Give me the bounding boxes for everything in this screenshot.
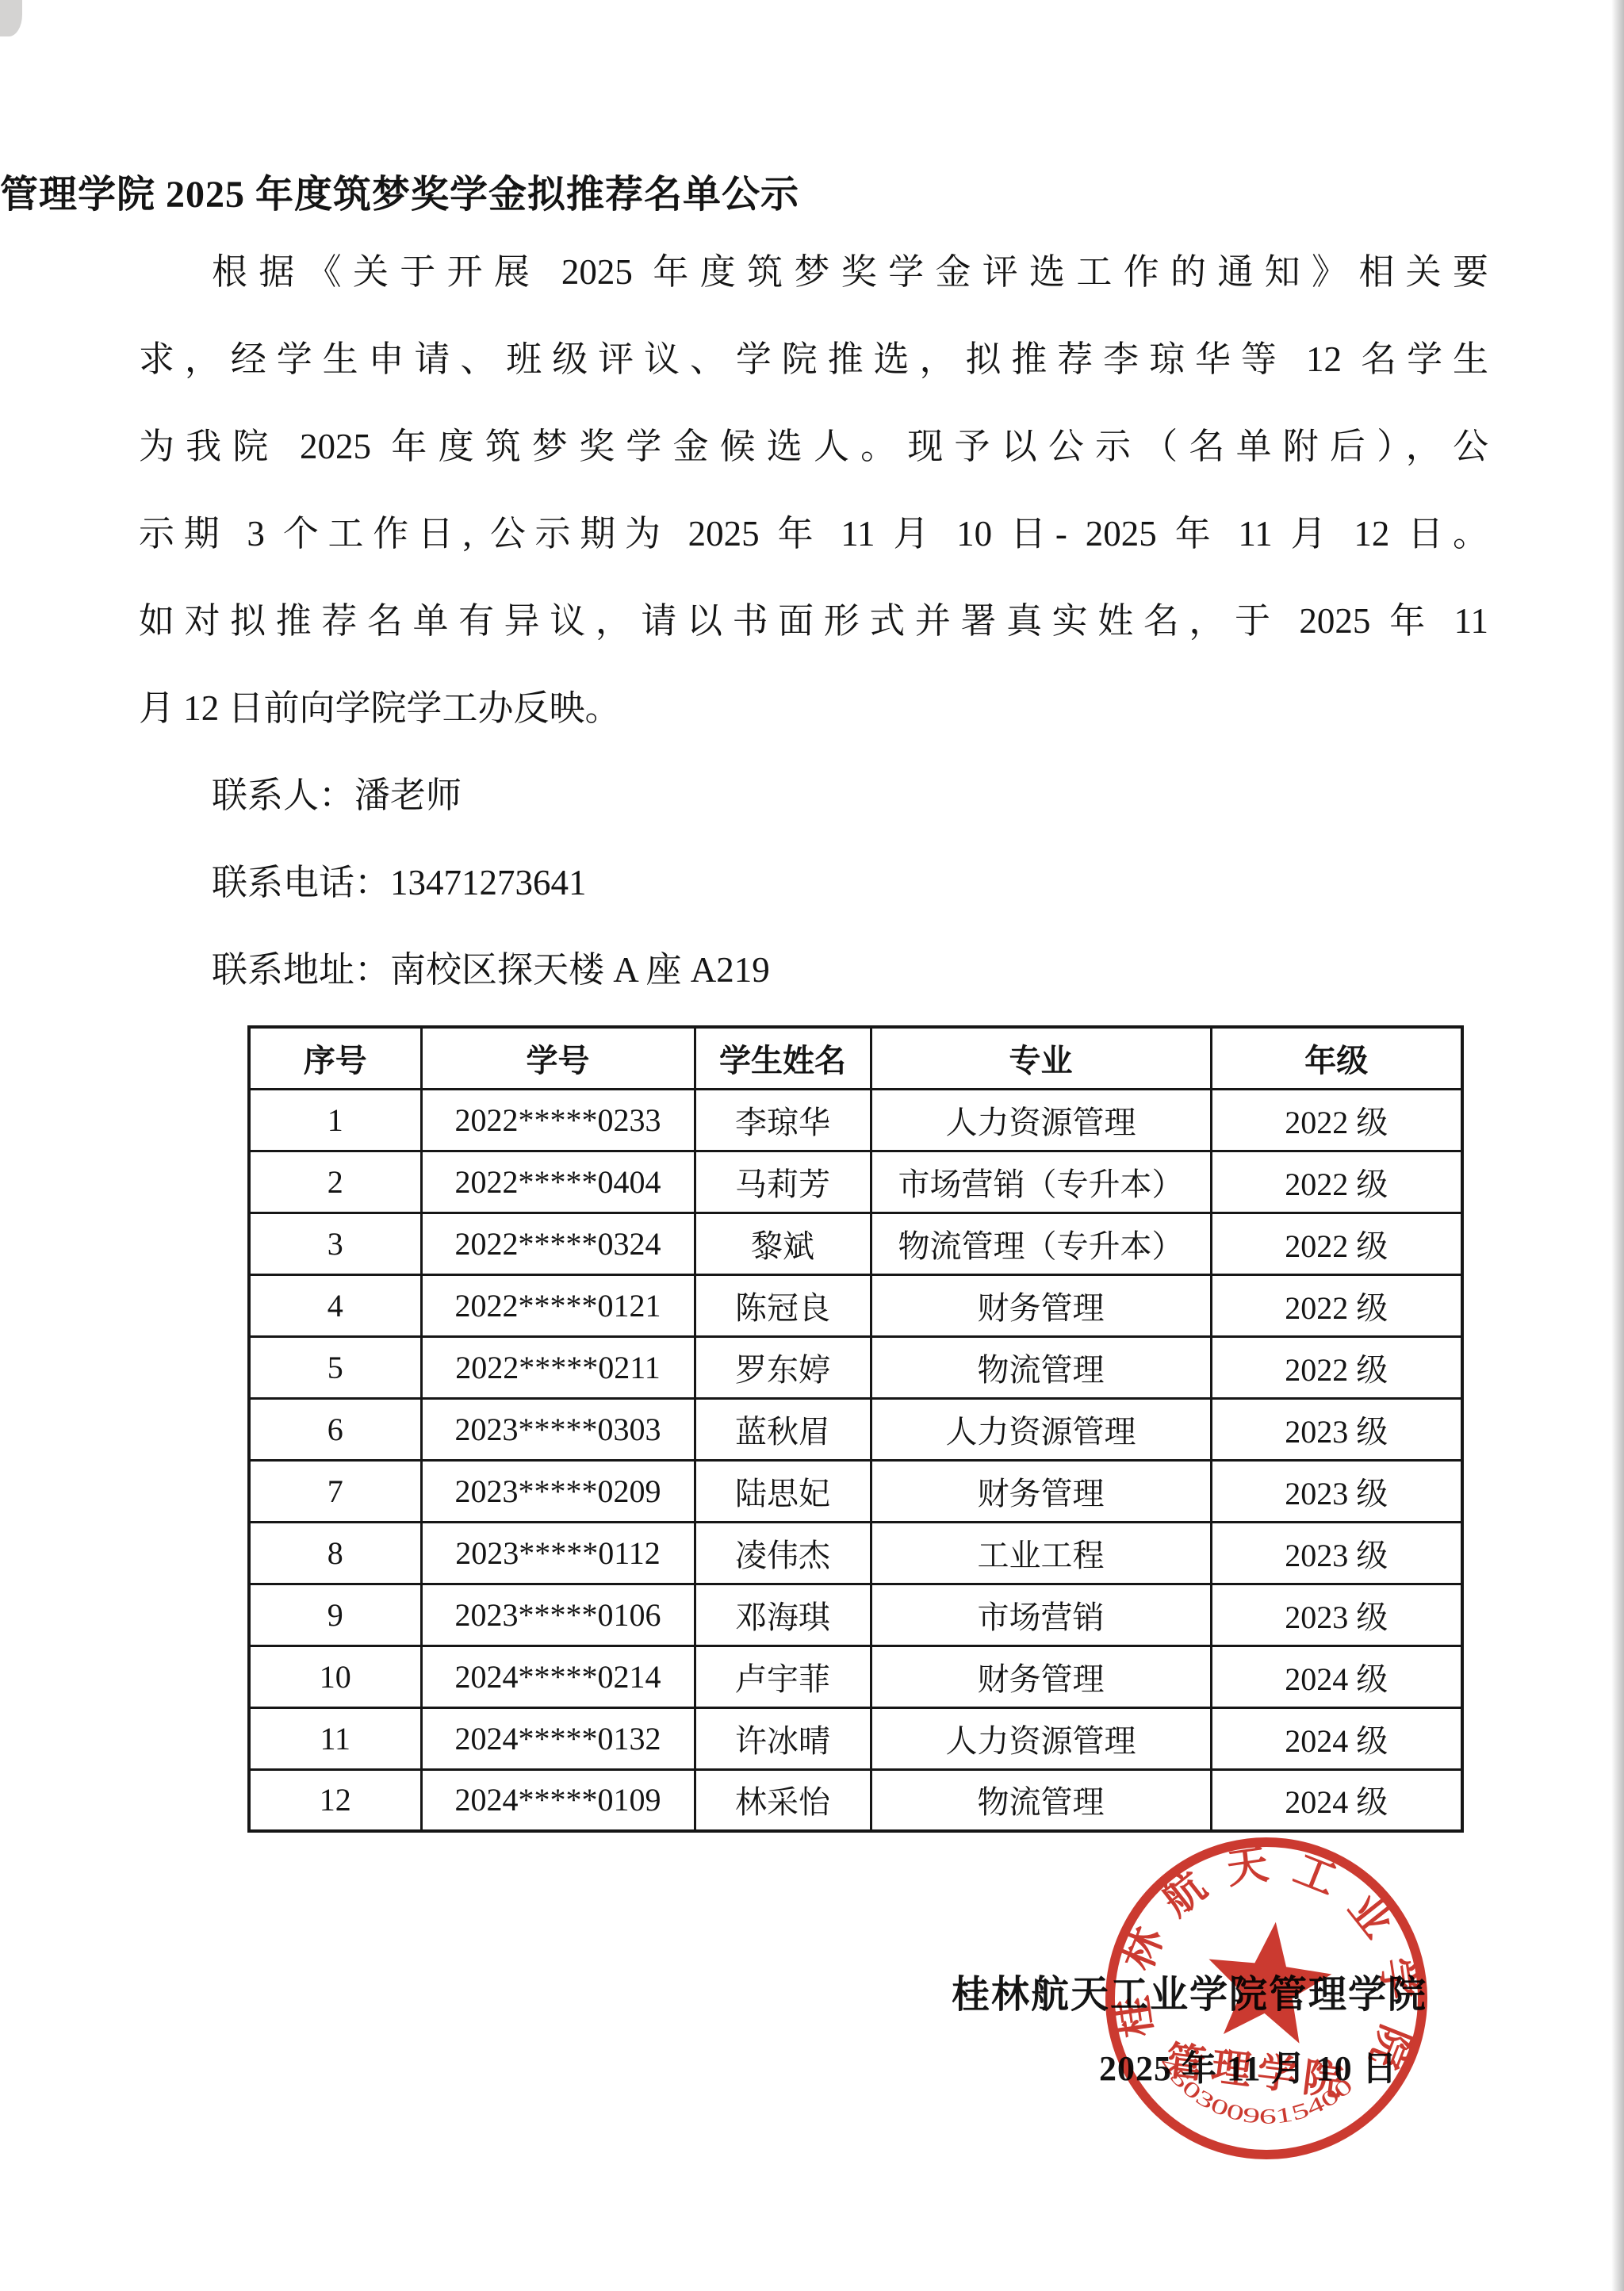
student-id-cell: 2023*****0106 <box>421 1584 695 1645</box>
student-name-cell: 李琼华 <box>695 1089 871 1151</box>
students-table: 序号 学号 学生姓名 专业 年级 1 2022*****0233 李琼华 人力资… <box>247 1025 1464 1833</box>
body-line: 求，经学生申请、班级评议、学院推选，拟推荐李琼华等 12 名学生 <box>139 316 1488 403</box>
index-cell: 9 <box>249 1584 421 1645</box>
index-cell: 6 <box>249 1398 421 1460</box>
student-name-cell: 邓海琪 <box>695 1584 871 1645</box>
grade-cell: 2024 级 <box>1211 1707 1462 1769</box>
grade-cell: 2023 级 <box>1211 1398 1462 1460</box>
grade-cell: 2023 级 <box>1211 1584 1462 1645</box>
scan-edge-shadow <box>1611 0 1624 2291</box>
body-line: 根据《关于开展 2025 年度筑梦奖学金评选工作的通知》相关要 <box>139 228 1488 316</box>
table-row: 4 2022*****0121 陈冠良 财务管理 2022 级 <box>249 1274 1462 1336</box>
student-name-cell: 陆思妃 <box>695 1460 871 1522</box>
student-id-cell: 2022*****0121 <box>421 1274 695 1336</box>
major-cell: 市场营销 <box>871 1584 1211 1645</box>
body-line: 如对拟推荐名单有异议，请以书面形式并署真实姓名，于 2025 年 11 <box>139 577 1488 665</box>
major-cell: 财务管理 <box>871 1460 1211 1522</box>
major-cell: 市场营销（专升本） <box>871 1151 1211 1213</box>
student-id-cell: 2023*****0303 <box>421 1398 695 1460</box>
student-id-cell: 2022*****0233 <box>421 1089 695 1151</box>
student-name-cell: 马莉芳 <box>695 1151 871 1213</box>
major-cell: 物流管理 <box>871 1336 1211 1398</box>
student-id-cell: 2022*****0404 <box>421 1151 695 1213</box>
grade-cell: 2022 级 <box>1211 1151 1462 1213</box>
grade-cell: 2022 级 <box>1211 1336 1462 1398</box>
major-cell: 财务管理 <box>871 1645 1211 1707</box>
student-id-cell: 2024*****0132 <box>421 1707 695 1769</box>
major-cell: 人力资源管理 <box>871 1707 1211 1769</box>
index-cell: 1 <box>249 1089 421 1151</box>
grade-cell: 2023 级 <box>1211 1522 1462 1584</box>
table-row: 8 2023*****0112 凌伟杰 工业工程 2023 级 <box>249 1522 1462 1584</box>
student-name-cell: 许冰晴 <box>695 1707 871 1769</box>
index-cell: 2 <box>249 1151 421 1213</box>
grade-cell: 2024 级 <box>1211 1769 1462 1831</box>
index-cell: 7 <box>249 1460 421 1522</box>
student-table-body: 1 2022*****0233 李琼华 人力资源管理 2022 级 2 2022… <box>249 1089 1462 1831</box>
grade-cell: 2022 级 <box>1211 1213 1462 1274</box>
table-row: 9 2023*****0106 邓海琪 市场营销 2023 级 <box>249 1584 1462 1645</box>
contact-phone-line: 联系电话：13471273641 <box>139 839 1488 926</box>
student-name-cell: 罗东婷 <box>695 1336 871 1398</box>
table-row: 5 2022*****0211 罗东婷 物流管理 2022 级 <box>249 1336 1462 1398</box>
index-cell: 11 <box>249 1707 421 1769</box>
index-cell: 10 <box>249 1645 421 1707</box>
scan-corner-mark <box>0 0 22 36</box>
student-name-cell: 蓝秋眉 <box>695 1398 871 1460</box>
index-cell: 12 <box>249 1769 421 1831</box>
grade-cell: 2023 级 <box>1211 1460 1462 1522</box>
body-line: 为我院 2025 年度筑梦奖学金候选人。现予以公示（名单附后），公 <box>139 403 1488 490</box>
table-header-cell: 年级 <box>1211 1027 1462 1089</box>
index-cell: 4 <box>249 1274 421 1336</box>
seal-star-icon <box>1200 1914 1337 2046</box>
contact-address-line: 联系地址：南校区探天楼 A 座 A219 <box>139 926 1488 1013</box>
index-cell: 3 <box>249 1213 421 1274</box>
body-paragraph: 根据《关于开展 2025 年度筑梦奖学金评选工作的通知》相关要 求，经学生申请、… <box>139 228 1488 1013</box>
student-id-cell: 2024*****0109 <box>421 1769 695 1831</box>
table-header-cell: 专业 <box>871 1027 1211 1089</box>
major-cell: 工业工程 <box>871 1522 1211 1584</box>
official-seal: 桂林航天工业学院 管理学院 4503009615400 <box>1092 1824 1441 2173</box>
page-title: 管理学院 2025 年度筑梦奖学金拟推荐名单公示 <box>0 163 799 218</box>
table-row: 6 2023*****0303 蓝秋眉 人力资源管理 2023 级 <box>249 1398 1462 1460</box>
major-cell: 财务管理 <box>871 1274 1211 1336</box>
body-line: 月 12 日前向学院学工办反映。 <box>139 665 1488 752</box>
student-name-cell: 卢宇菲 <box>695 1645 871 1707</box>
student-id-cell: 2023*****0209 <box>421 1460 695 1522</box>
student-name-cell: 林采怡 <box>695 1769 871 1831</box>
index-cell: 5 <box>249 1336 421 1398</box>
student-id-cell: 2022*****0324 <box>421 1213 695 1274</box>
index-cell: 8 <box>249 1522 421 1584</box>
body-line: 示期 3 个工作日, 公示期为 2025 年 11 月 10 日- 2025 年… <box>139 490 1488 577</box>
contact-person-line: 联系人：潘老师 <box>139 752 1488 839</box>
major-cell: 人力资源管理 <box>871 1089 1211 1151</box>
table-row: 7 2023*****0209 陆思妃 财务管理 2023 级 <box>249 1460 1462 1522</box>
table-header-cell: 序号 <box>249 1027 421 1089</box>
table-row: 1 2022*****0233 李琼华 人力资源管理 2022 级 <box>249 1089 1462 1151</box>
student-name-cell: 凌伟杰 <box>695 1522 871 1584</box>
major-cell: 物流管理 <box>871 1769 1211 1831</box>
table-row: 3 2022*****0324 黎斌 物流管理（专升本） 2022 级 <box>249 1213 1462 1274</box>
grade-cell: 2022 级 <box>1211 1089 1462 1151</box>
student-id-cell: 2022*****0211 <box>421 1336 695 1398</box>
student-id-cell: 2023*****0112 <box>421 1522 695 1584</box>
table-row: 12 2024*****0109 林采怡 物流管理 2024 级 <box>249 1769 1462 1831</box>
table-header-cell: 学生姓名 <box>695 1027 871 1089</box>
document-page: 管理学院 2025 年度筑梦奖学金拟推荐名单公示 根据《关于开展 2025 年度… <box>0 0 1624 2291</box>
grade-cell: 2024 级 <box>1211 1645 1462 1707</box>
table-row: 11 2024*****0132 许冰晴 人力资源管理 2024 级 <box>249 1707 1462 1769</box>
grade-cell: 2022 级 <box>1211 1274 1462 1336</box>
student-id-cell: 2024*****0214 <box>421 1645 695 1707</box>
major-cell: 物流管理（专升本） <box>871 1213 1211 1274</box>
student-name-cell: 黎斌 <box>695 1213 871 1274</box>
table-header-row: 序号 学号 学生姓名 专业 年级 <box>249 1027 1462 1089</box>
student-name-cell: 陈冠良 <box>695 1274 871 1336</box>
table-row: 10 2024*****0214 卢宇菲 财务管理 2024 级 <box>249 1645 1462 1707</box>
table-row: 2 2022*****0404 马莉芳 市场营销（专升本） 2022 级 <box>249 1151 1462 1213</box>
major-cell: 人力资源管理 <box>871 1398 1211 1460</box>
table-header-cell: 学号 <box>421 1027 695 1089</box>
